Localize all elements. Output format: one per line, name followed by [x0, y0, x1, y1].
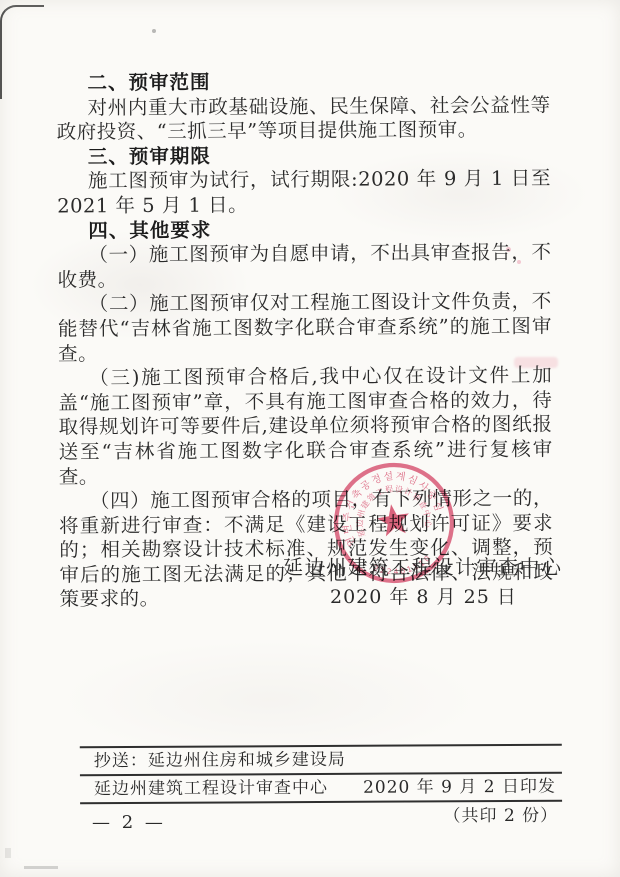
seal-number: 222401110: [370, 552, 435, 581]
seal-star-icon: [375, 502, 412, 538]
svg-text:222401110: 222401110: [370, 552, 435, 581]
footer-issuer: 延边州建筑工程设计审查中心: [94, 778, 328, 799]
document-body: 二、预审范围 对州内重大市政基础设施、民生保障、社会公益性等政府投资、“三抓三早…: [56, 68, 553, 612]
issuer-line: 延边州建筑工程设计审查中心 2020 年 9 月 2 日印发: [80, 774, 562, 803]
paragraph-item-2: （二）施工图预审仅对工程施工图设计文件负责，不能替代“吉林省施工图数字化联合审查…: [58, 290, 552, 367]
scan-mark: [5, 848, 11, 858]
scan-mark: [24, 866, 58, 869]
scanned-document-page: 二、预审范围 对州内重大市政基础设施、民生保障、社会公益性等政府投资、“三抓三早…: [0, 0, 620, 877]
footer-print-date: 2020 年 9 月 2 日印发: [363, 777, 556, 798]
scan-speck: [152, 29, 156, 33]
page-number: — 2 —: [92, 812, 166, 833]
paragraph-scope: 对州内重大市政基础设施、民生保障、社会公益性等政府投资、“三抓三早”等项目提供施…: [57, 93, 551, 145]
section-heading-3: 三、预审期限: [57, 142, 551, 170]
paragraph-item-3: （三)施工图预审合格后,我中心仅在设计文件上加盖“施工图预审”章，不具有施工图审…: [58, 364, 553, 490]
paragraph-item-1: （一）施工图预审为自愿申请，不出具审查报告，不收费。: [57, 241, 551, 293]
paper-mottle: [60, 640, 480, 760]
official-seal-stamp: 연변주건축공정설계심사중심 延边州建筑工程设计审查中心 222401110: [307, 436, 481, 610]
section-heading-2: 二、预审范围: [56, 68, 550, 96]
scan-corner-artifact: [0, 5, 44, 99]
section-heading-4: 四、其他要求: [57, 216, 551, 244]
cc-line: 抄送：延边州住房和城乡建设局: [80, 746, 562, 775]
paragraph-term: 施工图预审为试行，试行期限:2020 年 9 月 1 日至 2021 年 5 月…: [57, 167, 551, 219]
